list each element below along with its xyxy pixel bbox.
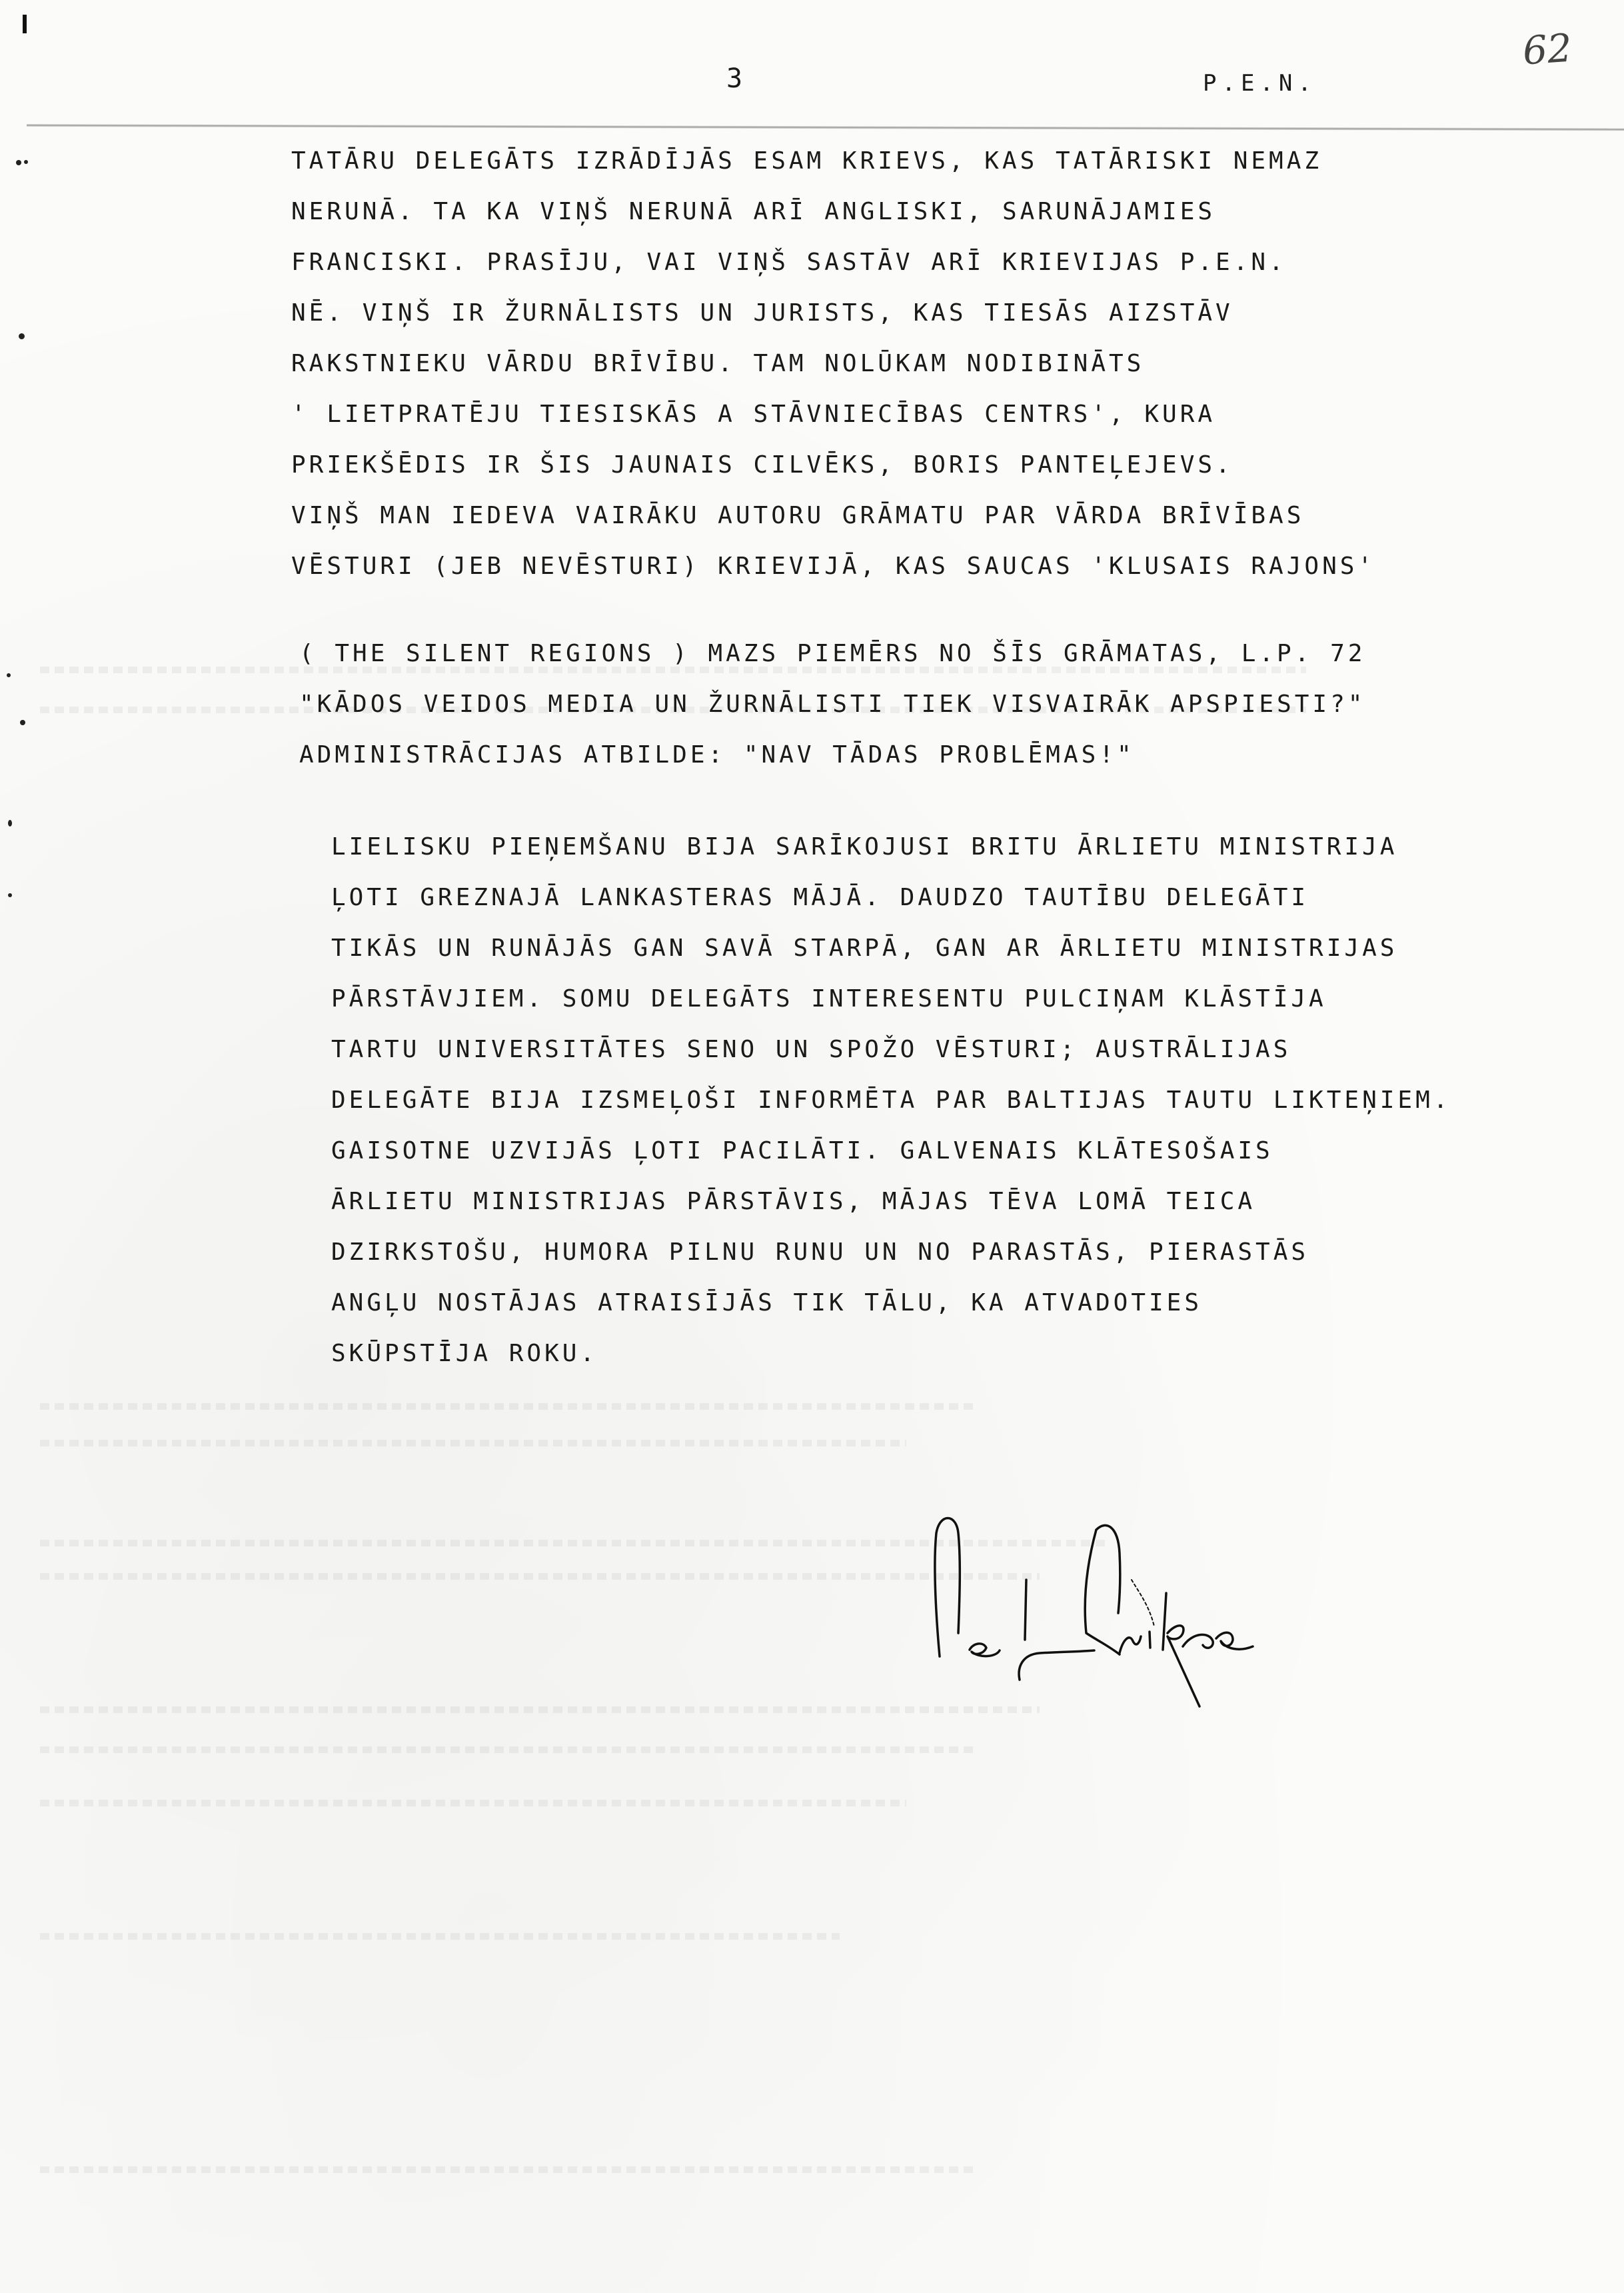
- margin-speck: [8, 820, 12, 827]
- margin-speck: [24, 160, 28, 164]
- show-through-line: [40, 1746, 973, 1753]
- page-number: 3: [726, 63, 744, 94]
- margin-speck: [20, 720, 25, 725]
- show-through-line: [40, 1573, 1040, 1580]
- text-line: vēsturi (jeb nevēsturi) Krievijā, kas sa…: [291, 541, 1571, 592]
- margin-speck: [8, 893, 12, 897]
- text-line: ļoti greznajā Lankasteras mājā. Daudzo t…: [331, 873, 1571, 923]
- margin-speck: [7, 673, 11, 677]
- text-line: angļu nostājas atraisījās tik tālu, ka a…: [331, 1278, 1571, 1328]
- text-line: dzirkstošu, humora pilnu runu un no para…: [331, 1227, 1571, 1278]
- text-line: "Kādos veidos media un žurnālisti tiek v…: [299, 679, 1571, 730]
- text-line: skūpstīja roku.: [331, 1328, 1571, 1379]
- archive-number: 62: [1521, 25, 1573, 74]
- paragraph-1: Tatāru delegāts izrādījās esam krievs, k…: [291, 136, 1571, 592]
- text-line: franciski. Prasīju, vai viņš sastāv arī …: [291, 237, 1571, 288]
- header-label: P.E.N.: [1203, 70, 1317, 97]
- paragraph-3: Lielisku pieņemšanu bija sarīkojusi Brit…: [291, 822, 1571, 1379]
- text-line: nerunā. Ta ka viņš nerunā arī angliski, …: [291, 187, 1571, 237]
- show-through-line: [40, 1933, 840, 1940]
- text-line: Gaisotne uzvijās ļoti pacilāti. Galvenai…: [331, 1126, 1571, 1176]
- text-line: tikās un runājās gan savā starpā, gan ar…: [331, 923, 1571, 974]
- text-line: rakstnieku vārdu brīvību. Tam nolūkam no…: [291, 339, 1571, 389]
- text-line: Tatāru delegāts izrādījās esam krievs, k…: [291, 136, 1571, 187]
- text-line: Lielisku pieņemšanu bija sarīkojusi Brit…: [331, 822, 1571, 873]
- text-line: Administrācijas atbilde: "Nav tādas prob…: [299, 730, 1571, 781]
- text-line: Tartu universitātes seno un spožo vēstur…: [331, 1025, 1571, 1075]
- text-line: ārlietu ministrijas pārstāvis, mājas tēv…: [331, 1176, 1571, 1227]
- paragraph-2: ( The Silent Regions ) Mazs piemērs no š…: [291, 629, 1571, 781]
- text-line: Viņš man iedeva vairāku autoru grāmatu p…: [291, 491, 1571, 541]
- scanned-document-page: 3 P.E.N. 62 Tatāru delegāts izrādījās es…: [0, 0, 1624, 2293]
- text-line: delegāte bija izsmeļoši informēta par Ba…: [331, 1075, 1571, 1126]
- letter-body: Tatāru delegāts izrādījās esam krievs, k…: [291, 136, 1571, 1379]
- margin-mark: [23, 15, 27, 33]
- margin-speck: [16, 160, 21, 165]
- show-through-line: [40, 1706, 1040, 1713]
- text-line: ( The Silent Regions ) Mazs piemērs no š…: [299, 629, 1571, 679]
- show-through-line: [40, 1440, 906, 1446]
- show-through-line: [40, 2166, 973, 2173]
- show-through-line: [40, 1800, 906, 1806]
- fold-line: [27, 124, 1624, 131]
- text-line: pārstāvjiem. Somu delegāts interesentu p…: [331, 974, 1571, 1025]
- handwritten-signature: [920, 1500, 1333, 1713]
- text-line: priekšēdis ir šis jaunais cilvēks, Boris…: [291, 440, 1571, 491]
- show-through-line: [40, 1403, 973, 1410]
- text-line: Nē. Viņš ir žurnālists un jurists, kas t…: [291, 288, 1571, 339]
- margin-speck: [19, 333, 25, 339]
- text-line: ' Lietpratēju Tiesiskās A stāvniecības C…: [291, 389, 1571, 440]
